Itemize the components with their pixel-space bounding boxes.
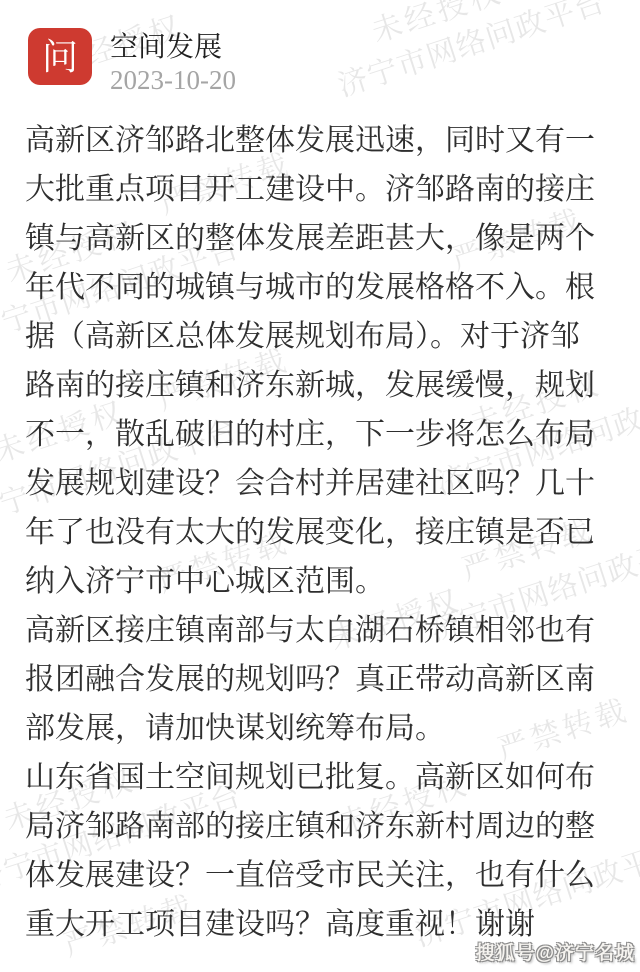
post-header: 问 空间发展 2023-10-20 (0, 0, 640, 116)
post-page: 未经授权 未经授权 济宁市网络问政平台 严禁转载 严禁转载 未经授权 济宁市网络… (0, 0, 640, 972)
article-line: 不一，散乱破旧的村庄，下一步将怎么布局 (25, 410, 630, 459)
page-title: 空间发展 (110, 33, 222, 63)
article-line: 体发展建设？一直倍受市民关注，也有什么 (25, 851, 630, 900)
article-line: 报团融合发展的规划吗？真正带动高新区南 (25, 655, 630, 704)
article-line: 局济邹路南部的接庄镇和济东新村周边的整 (25, 802, 630, 851)
article-line: 年代不同的城镇与城市的发展格格不入。根 (25, 263, 630, 312)
article-body: 高新区济邹路北整体发展迅速，同时又有一 大批重点项目开工建设中。济邹路南的接庄 … (25, 116, 630, 949)
article-line: 路南的接庄镇和济东新城，发展缓慢，规划 (25, 361, 630, 410)
article-line: 据（高新区总体发展规划布局）。对于济邹 (25, 312, 630, 361)
article-line: 山东省国土空间规划已批复。高新区如何布 (25, 753, 630, 802)
article-line: 年了也没有太大的发展变化，接庄镇是否已 (25, 508, 630, 557)
article-line: 高新区接庄镇南部与太白湖石桥镇相邻也有 (25, 606, 630, 655)
post-date: 2023-10-20 (110, 66, 236, 95)
article-line: 大批重点项目开工建设中。济邹路南的接庄 (25, 165, 630, 214)
question-badge-icon: 问 (28, 28, 92, 85)
article-line: 高新区济邹路北整体发展迅速，同时又有一 (25, 116, 630, 165)
article-line: 镇与高新区的整体发展差距甚大，像是两个 (25, 214, 630, 263)
question-badge-glyph: 问 (42, 39, 78, 75)
article-line: 发展规划建设？会合村并居建社区吗？几十 (25, 459, 630, 508)
article-line: 纳入济宁市中心城区范围。 (25, 557, 630, 606)
sohu-watermark: 搜狐号@济宁名城 (475, 938, 635, 965)
article-line: 部发展，请加快谋划统筹布局。 (25, 704, 630, 753)
